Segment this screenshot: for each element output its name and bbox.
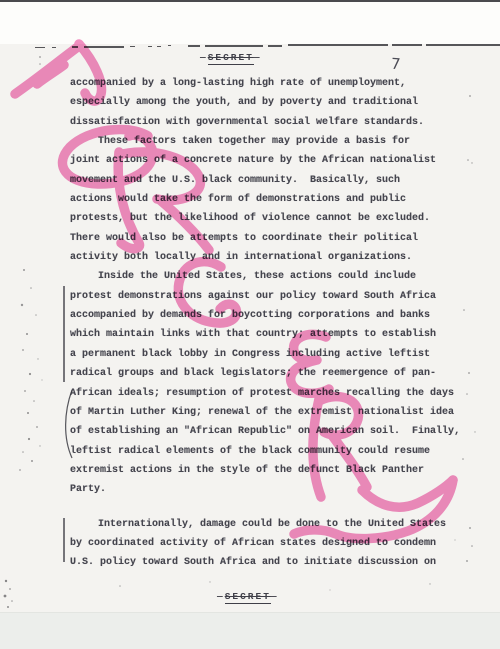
text-line: especially among the youth, and by pover… <box>70 93 470 112</box>
stamp-dash: — <box>254 52 262 63</box>
text-line: leftist radical elements of the black co… <box>70 442 470 461</box>
text-line: by coordinated activity of African state… <box>70 534 470 553</box>
text-line: These factors taken together may provide… <box>70 132 470 151</box>
classification-stamp-bottom: —SECRET— <box>217 591 279 602</box>
text-line: extremist actions in the style of the de… <box>70 461 470 480</box>
classification-stamp-top: —SECRET— <box>200 52 262 63</box>
text-line: Party. <box>70 480 470 499</box>
text-line: actions would take the form of demonstra… <box>70 190 470 209</box>
document-body: accompanied by a long-lasting high rate … <box>70 74 470 573</box>
stamp-word: SECRET <box>225 591 271 604</box>
text-line: protest demonstrations against our polic… <box>70 287 470 306</box>
text-line: There would also be attempts to coordina… <box>70 229 470 248</box>
text-line: accompanied by a long-lasting high rate … <box>70 74 470 93</box>
text-line: African ideals; resumption of protest ma… <box>70 384 470 403</box>
text-line: Internationally, damage could be done to… <box>70 515 470 534</box>
text-line: of Martin Luther King; renewal of the ex… <box>70 403 470 422</box>
text-line: a permanent black lobby in Congress incl… <box>70 345 470 364</box>
scan-white-margin <box>0 2 500 44</box>
stamp-dash: — <box>271 591 279 602</box>
text-line: of establishing an "African Republic" on… <box>70 422 470 441</box>
page-number: 7 <box>390 55 401 74</box>
text-line: which maintain links with that country; … <box>70 325 470 344</box>
text-line: U.S. policy toward South Africa and to i… <box>70 553 470 572</box>
text-line: joint actions of a concrete nature by th… <box>70 151 470 170</box>
text-line: radical groups and black legislators; th… <box>70 364 470 383</box>
stamp-word: SECRET <box>208 52 254 65</box>
text-line: Inside the United States, these actions … <box>70 267 470 286</box>
text-line: protests, but the likelihood of violence… <box>70 209 470 228</box>
scan-bottom-margin <box>0 612 500 649</box>
text-line: dissatisfaction with governmental social… <box>70 113 470 132</box>
text-line: accompanied by demands for boycotting co… <box>70 306 470 325</box>
stamp-dash: — <box>217 591 225 602</box>
text-line: movement and the U.S. black community. B… <box>70 171 470 190</box>
scanned-document-page: —SECRET— 7 accompanied by a long-lasting… <box>0 0 500 649</box>
text-line: activity both locally and in internation… <box>70 248 470 267</box>
stamp-dash: — <box>200 52 208 63</box>
